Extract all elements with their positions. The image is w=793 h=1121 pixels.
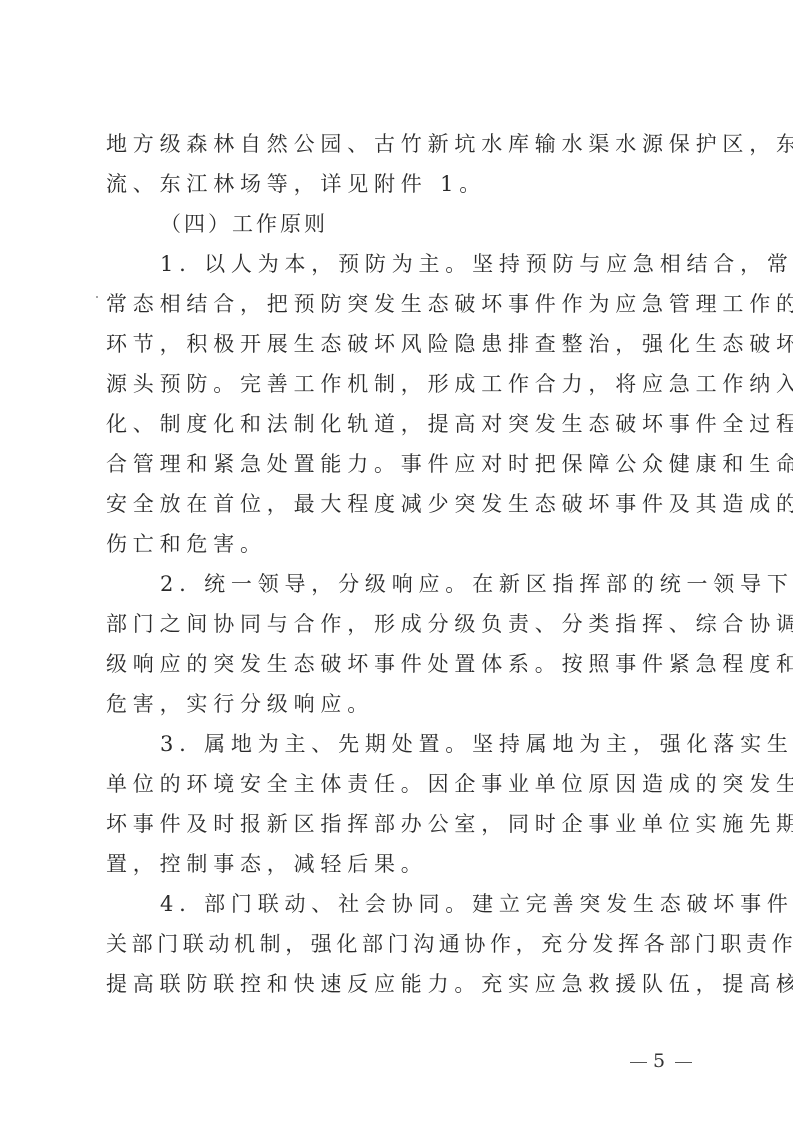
section-heading: （四）工作原则 — [106, 204, 700, 244]
dash-left — [630, 1062, 647, 1063]
scan-speck — [96, 296, 98, 298]
text-line: 提高联防联控和快速反应能力。充实应急救援队伍，提高核心应 — [106, 964, 700, 1004]
text-line: 伤亡和危害。 — [106, 524, 700, 564]
principle-4: 4. 部门联动、社会协同。建立完善突发生态破坏事件应急相 关部门联动机制，强化部… — [106, 884, 700, 1004]
text-line: 危害，实行分级响应。 — [106, 684, 700, 724]
text-line: 化、制度化和法制化轨道，提高对突发生态破坏事件全过程的综 — [106, 404, 700, 444]
principle-3: 3. 属地为主、先期处置。坚持属地为主，强化落实生产经营 单位的环境安全主体责任… — [106, 724, 700, 884]
text-line: 源头预防。完善工作机制，形成工作合力，将应急工作纳入规范 — [106, 364, 700, 404]
principle-1: 1. 以人为本，预防为主。坚持预防与应急相结合，常态与非 常态相结合，把预防突发… — [106, 244, 700, 564]
text-line: 置，控制事态，减轻后果。 — [106, 844, 700, 884]
text-line: 常态相结合，把预防突发生态破坏事件作为应急管理工作的基础 — [106, 284, 700, 324]
text-line: 环节，积极开展生态破坏风险隐患排查整治，强化生态破坏风险 — [106, 324, 700, 364]
paragraph-first-line: 4. 部门联动、社会协同。建立完善突发生态破坏事件应急相 — [106, 884, 700, 924]
principle-2: 2. 统一领导，分级响应。在新区指挥部的统一领导下，加强 部门之间协同与合作，形… — [106, 564, 700, 724]
document-body: 地方级森林自然公园、古竹新坑水库输水渠水源保护区，东江干 流、东江林场等，详见附… — [106, 124, 700, 1004]
text-line: 地方级森林自然公园、古竹新坑水库输水渠水源保护区，东江干 — [106, 124, 700, 164]
text-line: 合管理和紧急处置能力。事件应对时把保障公众健康和生命财产 — [106, 444, 700, 484]
paragraph-first-line: 2. 统一领导，分级响应。在新区指挥部的统一领导下，加强 — [106, 564, 700, 604]
text-line: 坏事件及时报新区指挥部办公室，同时企事业单位实施先期处 — [106, 804, 700, 844]
page-number-value: 5 — [653, 1050, 669, 1072]
dash-right — [675, 1062, 692, 1063]
text-line: 级响应的突发生态破坏事件处置体系。按照事件紧急程度和社会 — [106, 644, 700, 684]
paragraph-first-line: 3. 属地为主、先期处置。坚持属地为主，强化落实生产经营 — [106, 724, 700, 764]
text-line: 部门之间协同与合作，形成分级负责、分类指挥、综合协调、逐 — [106, 604, 700, 644]
paragraph-first-line: 1. 以人为本，预防为主。坚持预防与应急相结合，常态与非 — [106, 244, 700, 284]
text-line: 关部门联动机制，强化部门沟通协作，充分发挥各部门职责作用， — [106, 924, 700, 964]
page-number: 5 — [624, 1050, 698, 1072]
text-line: 单位的环境安全主体责任。因企事业单位原因造成的突发生态破 — [106, 764, 700, 804]
text-line: 安全放在首位，最大程度减少突发生态破坏事件及其造成的人员 — [106, 484, 700, 524]
text-line: 流、东江林场等，详见附件 1。 — [106, 164, 700, 204]
